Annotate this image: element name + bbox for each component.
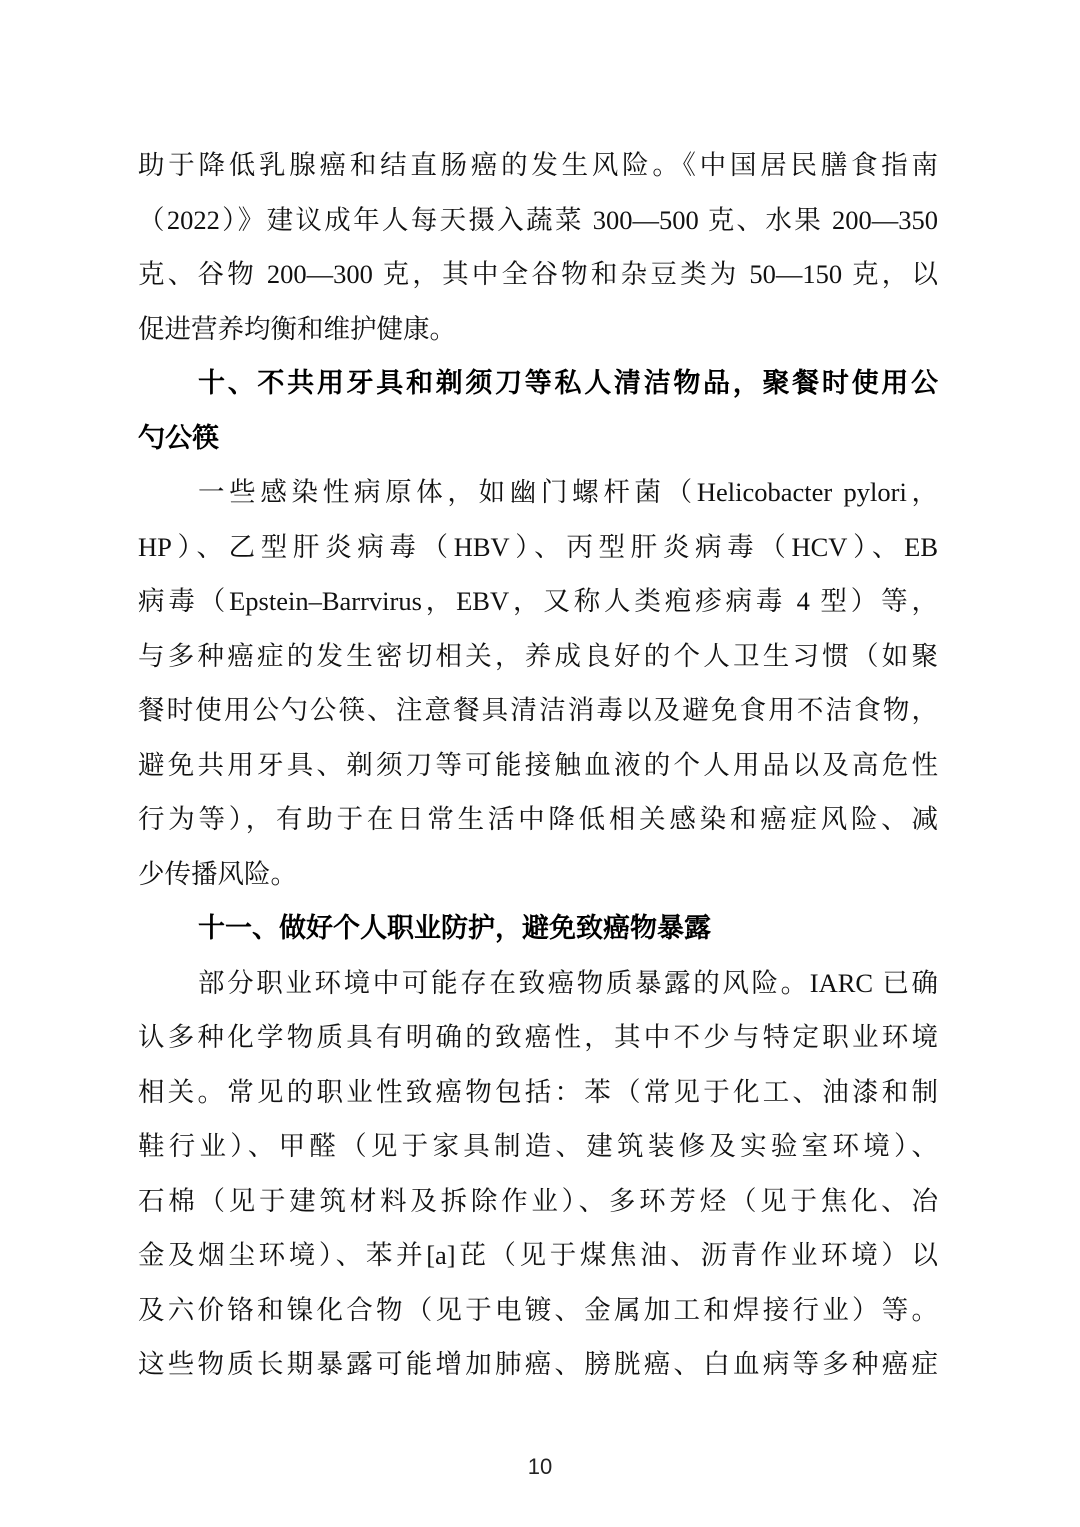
heading-line: 十一、做好个人职业防护，避免致癌物暴露	[138, 901, 938, 956]
paragraph-line: 认多种化学物质具有明确的致癌性，其中不少与特定职业环境	[138, 1010, 938, 1065]
paragraph-line: 病毒（Epstein–Barrvirus，EBV，又称人类疱疹病毒 4 型）等，	[138, 574, 938, 629]
document-page: 助于降低乳腺癌和结直肠癌的发生风险。《中国居民膳食指南（2022）》建议成年人每…	[0, 0, 1080, 1527]
paragraph-line: HP）、乙型肝炎病毒（HBV）、丙型肝炎病毒（HCV）、EB	[138, 520, 938, 575]
paragraph-line: 与多种癌症的发生密切相关，养成良好的个人卫生习惯（如聚	[138, 629, 938, 684]
paragraph-line: 行为等），有助于在日常生活中降低相关感染和癌症风险、减	[138, 792, 938, 847]
paragraph-line: 助于降低乳腺癌和结直肠癌的发生风险。《中国居民膳食指南	[138, 138, 938, 193]
document-body: 助于降低乳腺癌和结直肠癌的发生风险。《中国居民膳食指南（2022）》建议成年人每…	[138, 138, 938, 1392]
paragraph-line: 相关。常见的职业性致癌物包括：苯（常见于化工、油漆和制	[138, 1065, 938, 1120]
paragraph-line: 克、谷物 200—300 克，其中全谷物和杂豆类为 50—150 克，以	[138, 247, 938, 302]
paragraph-line: 这些物质长期暴露可能增加肺癌、膀胱癌、白血病等多种癌症	[138, 1337, 938, 1392]
paragraph-line: （2022）》建议成年人每天摄入蔬菜 300—500 克、水果 200—350	[138, 193, 938, 248]
page-number: 10	[0, 1452, 1080, 1482]
paragraph-line: 促进营养均衡和维护健康。	[138, 302, 938, 357]
heading-line: 十、不共用牙具和剃须刀等私人清洁物品，聚餐时使用公	[138, 356, 938, 411]
heading-line: 勺公筷	[138, 411, 938, 466]
paragraph-line: 金及烟尘环境）、苯并[a]芘（见于煤焦油、沥青作业环境）以	[138, 1228, 938, 1283]
paragraph-line: 餐时使用公勺公筷、注意餐具清洁消毒以及避免食用不洁食物，	[138, 683, 938, 738]
paragraph-line: 部分职业环境中可能存在致癌物质暴露的风险。IARC 已确	[138, 956, 938, 1011]
paragraph-line: 及六价铬和镍化合物（见于电镀、金属加工和焊接行业）等。	[138, 1283, 938, 1338]
paragraph-line: 石棉（见于建筑材料及拆除作业）、多环芳烃（见于焦化、冶	[138, 1174, 938, 1229]
paragraph-line: 一些感染性病原体，如幽门螺杆菌（Helicobacter pylori，	[138, 465, 938, 520]
paragraph-line: 鞋行业）、甲醛（见于家具制造、建筑装修及实验室环境）、	[138, 1119, 938, 1174]
paragraph-line: 避免共用牙具、剃须刀等可能接触血液的个人用品以及高危性	[138, 738, 938, 793]
paragraph-line: 少传播风险。	[138, 847, 938, 902]
